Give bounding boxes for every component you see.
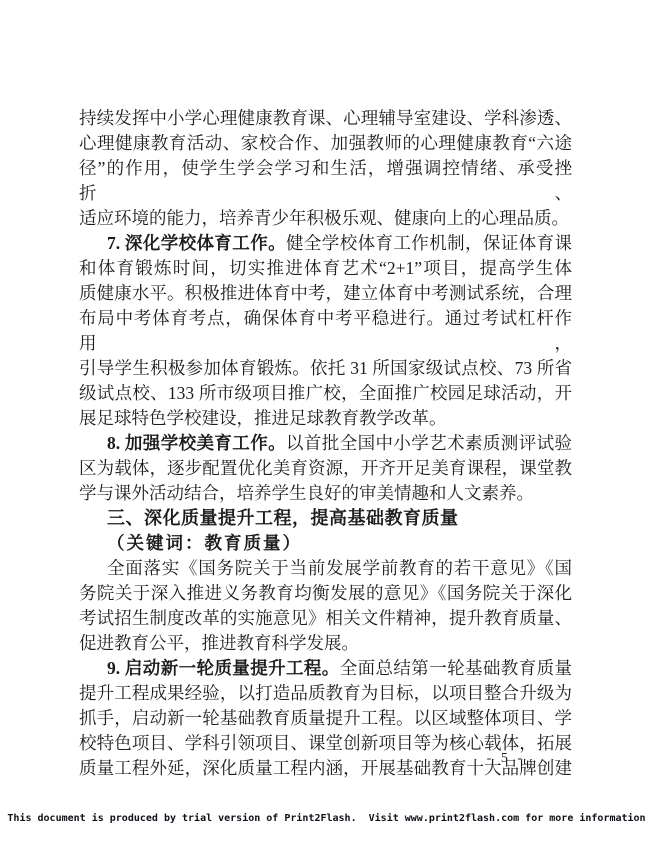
text-line: 和体育锻炼时间，切实推进体育艺术“2+1”项目，提高学生体 [79, 256, 572, 281]
line-text: 和体育锻炼时间，切实推进体育艺术“2+1”项目，提高学生体 [79, 258, 572, 278]
line-text: 适应环境的能力，培养青少年积极乐观、健康向上的心理品质。 [79, 208, 569, 228]
text-line: 提升工程成果经验，以打造品质教育为目标，以项目整合升级为 [79, 681, 572, 706]
text-line: 径”的作用，使学生学会学习和生活，增强调控情绪、承受挫折、 [79, 156, 572, 206]
text-line: 布局中考体育考点，确保体育中考平稳进行。通过考试杠杆作用， [79, 306, 572, 356]
line-text: 三、深化质量提升工程，提高基础教育质量 [107, 508, 459, 528]
line-text: 布局中考体育考点，确保体育中考平稳进行。通过考试杠杆作用， [79, 308, 572, 353]
document-page: 持续发挥中小学心理健康教育课、心理辅导室建设、学科渗透、心理健康教育活动、家校合… [0, 0, 653, 844]
text-line: 考试招生制度改革的实施意见》相关文件精神，提升教育质量、 [79, 606, 572, 631]
text-line: 9. 启动新一轮质量提升工程。全面总结第一轮基础教育质量 [79, 656, 572, 681]
line-text: 校特色项目、学科引领项目、课堂创新项目等为核心载体，拓展 [79, 733, 572, 753]
text-line: 全面落实《国务院关于当前发展学前教育的若干意见》《国 [79, 556, 572, 581]
line-text: （关键词：教育质量） [107, 533, 302, 553]
text-line: 质健康水平。积极推进体育中考，建立体育中考测试系统，合理 [79, 281, 572, 306]
text-line: 学与课外活动结合，培养学生良好的审美情趣和人文素养。 [79, 481, 572, 506]
paragraph-lead-bold: 7. 深化学校体育工作。 [107, 233, 286, 253]
section-heading: 三、深化质量提升工程，提高基础教育质量 [79, 506, 572, 531]
line-text: 区为载体，逐步配置优化美育资源，开齐开足美育课程，课堂教 [79, 458, 572, 478]
line-text: 抓手，启动新一轮基础教育质量提升工程。以区域整体项目、学 [79, 708, 572, 728]
print2flash-trial-banner: This document is produced by trial versi… [0, 813, 653, 824]
text-line: 级试点校、133 所市级项目推广校，全面推广校园足球活动，开 [79, 381, 572, 406]
keyword-line: （关键词：教育质量） [79, 531, 572, 556]
text-line: 展足球特色学校建设，推进足球教育教学改革。 [79, 406, 572, 431]
text-line: 引导学生积极参加体育锻炼。依托 31 所国家级试点校、73 所省 [79, 356, 572, 381]
page-body-text: 持续发挥中小学心理健康教育课、心理辅导室建设、学科渗透、心理健康教育活动、家校合… [79, 106, 572, 781]
line-text: 展足球特色学校建设，推进足球教育教学改革。 [79, 408, 447, 428]
line-text: 级试点校、133 所市级项目推广校，全面推广校园足球活动，开 [79, 383, 572, 403]
text-line: 8. 加强学校美育工作。以首批全国中小学艺术素质测评试验 [79, 431, 572, 456]
text-line: 抓手，启动新一轮基础教育质量提升工程。以区域整体项目、学 [79, 706, 572, 731]
line-text: 促进教育公平，推进教育科学发展。 [79, 633, 359, 653]
line-text: 考试招生制度改革的实施意见》相关文件精神，提升教育质量、 [79, 608, 572, 628]
line-text: 全面总结第一轮基础教育质量 [340, 658, 572, 678]
line-text: 学与课外活动结合，培养学生良好的审美情趣和人文素养。 [79, 483, 534, 503]
text-line: 7. 深化学校体育工作。健全学校体育工作机制，保证体育课 [79, 231, 572, 256]
text-line: 持续发挥中小学心理健康教育课、心理辅导室建设、学科渗透、 [79, 106, 572, 131]
line-text: 务院关于深入推进义务教育均衡发展的意见》《国务院关于深化 [79, 583, 572, 603]
text-line: 务院关于深入推进义务教育均衡发展的意见》《国务院关于深化 [79, 581, 572, 606]
text-line: 促进教育公平，推进教育科学发展。 [79, 631, 572, 656]
line-text: 径”的作用，使学生学会学习和生活，增强调控情绪、承受挫折、 [79, 158, 572, 203]
text-line: 适应环境的能力，培养青少年积极乐观、健康向上的心理品质。 [79, 206, 572, 231]
line-text: 全面落实《国务院关于当前发展学前教育的若干意见》《国 [107, 558, 572, 578]
text-line: 心理健康教育活动、家校合作、加强教师的心理健康教育“六途 [79, 131, 572, 156]
line-text: 以首批全国中小学艺术素质测评试验 [286, 433, 572, 453]
line-text: 健全学校体育工作机制，保证体育课 [286, 233, 572, 253]
line-text: 心理健康教育活动、家校合作、加强教师的心理健康教育“六途 [79, 133, 572, 153]
paragraph-lead-bold: 8. 加强学校美育工作。 [107, 433, 286, 453]
line-text: 质健康水平。积极推进体育中考，建立体育中考测试系统，合理 [79, 283, 572, 303]
text-line: 区为载体，逐步配置优化美育资源，开齐开足美育课程，课堂教 [79, 456, 572, 481]
line-text: 持续发挥中小学心理健康教育课、心理辅导室建设、学科渗透、 [79, 108, 572, 128]
page-number: - 5 - [487, 751, 525, 767]
line-text: 提升工程成果经验，以打造品质教育为目标，以项目整合升级为 [79, 683, 572, 703]
paragraph-lead-bold: 9. 启动新一轮质量提升工程。 [107, 658, 340, 678]
line-text: 引导学生积极参加体育锻炼。依托 31 所国家级试点校、73 所省 [79, 358, 572, 378]
